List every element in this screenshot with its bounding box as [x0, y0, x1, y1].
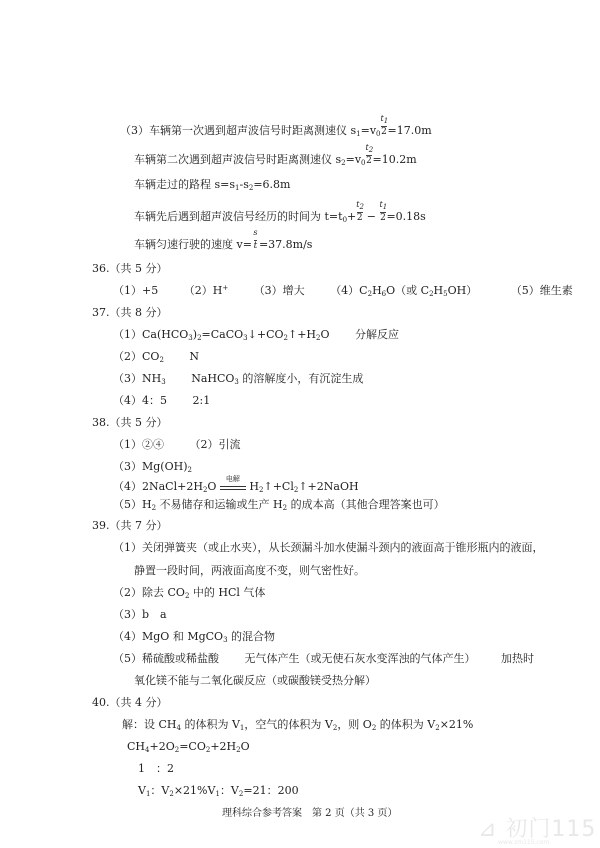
q38-answer-2: （2）引流	[190, 438, 241, 451]
text: H	[142, 498, 152, 511]
watermark-logo: ⊿ 初门115 www.zm115.com	[478, 812, 596, 846]
text: 不易储存和运输或生产 H	[156, 498, 283, 511]
equation: （1）Ca(HCO	[113, 328, 188, 341]
q36-answer-1: （1）+5	[113, 284, 158, 297]
text: 车辆走过的路程 s=s	[134, 178, 235, 191]
result: =6.8m	[253, 178, 290, 191]
text: （3）NH	[113, 372, 161, 385]
text: （4）2NaCl+2H	[113, 480, 203, 493]
q36-answer-4: （4）C2H6O（或 C2H5OH）	[330, 284, 477, 297]
text: 2:1	[193, 394, 211, 407]
q36-answer-3: （3）增大	[254, 284, 305, 297]
q39-answer-1-line1: （1）关闭弹簧夹（或止水夹），从长颈漏斗加水使漏斗颈内的液面高于锥形瓶内的液面，	[113, 541, 544, 555]
q36-answer-2: （2）H	[184, 284, 223, 297]
text: （2）除去 CO	[113, 586, 185, 599]
text: 无气体产生（或无使石灰水变浑浊的气体产生）	[245, 652, 476, 665]
q39-answer-5-line1: （5）稀硫酸或稀盐酸 无气体产生（或无使石灰水变浑浊的气体产生） 加热时	[113, 652, 534, 666]
q39-answer-3: （3）b a	[113, 608, 167, 622]
text: CH	[127, 740, 145, 753]
text: （4）MgO 和 MgCO	[113, 630, 223, 643]
q37-answer-3: （3）NH3 NaHCO3 的溶解度小，有沉淀生成	[113, 372, 363, 386]
text: （5）稀硫酸或稀盐酸	[113, 652, 219, 665]
q39-answer-5-line2: 氧化镁不能与二氧化碳反应（或碳酸镁受热分解）	[134, 674, 376, 688]
q35-line5: 车辆匀速行驶的速度 v=st=37.8m/s	[134, 238, 312, 253]
result: =0.18s	[386, 210, 425, 223]
q36-header: 36.（共 5 分）	[92, 262, 168, 276]
q39-answer-2: （2）除去 CO2 中的 HCl 气体	[113, 586, 265, 600]
q38-header: 38.（共 5 分）	[92, 416, 168, 430]
q38-answers-1-2: （1）②④ （2）引流	[113, 438, 241, 452]
q38-answer-1: （1）②④	[113, 438, 164, 451]
result: =17.0m	[388, 124, 432, 137]
text: 解：设 CH	[122, 718, 177, 731]
q37-header: 37.（共 8 分）	[92, 306, 168, 320]
q40-line2: CH4+2O2=CO2+2H2O	[127, 740, 250, 754]
q38-answer-4: （4）2NaCl+2H2O 电解 H2↑+Cl2↑+2NaOH	[113, 480, 359, 494]
text: V	[138, 784, 146, 797]
text: NaHCO	[191, 372, 234, 385]
text: （4）4：5	[113, 394, 167, 407]
q36-answer-5: （5）维生素	[511, 284, 573, 297]
fraction-t1-over-2: t12	[379, 210, 386, 225]
text: 加热时	[501, 652, 534, 665]
text: （3）Mg(OH)	[113, 460, 188, 473]
text: （3）车辆第一次遇到超声波信号时距离测速仪 s	[120, 124, 356, 137]
text: 中的 HCl 气体	[189, 586, 265, 599]
q37-answer-4: （4）4：5 2:1	[113, 394, 210, 408]
electrolysis-condition: 电解	[220, 480, 246, 490]
result: =10.2m	[373, 153, 417, 166]
q36-answers: （1）+5 （2）H+ （3）增大 （4）C2H6O（或 C2H5OH） （5）…	[113, 284, 573, 298]
q39-answer-1-line2: 静置一段时间，两液面高度不变，则气密性好。	[134, 564, 365, 578]
text: （4）C	[330, 284, 367, 297]
q40-header: 40.（共 4 分）	[92, 696, 168, 710]
q37-answer-1: （1）Ca(HCO3)2=CaCO3↓+CO2↑+H2O 分解反应	[113, 328, 399, 342]
page-footer: 理科综合参考答案 第 2 页（共 3 页）	[222, 807, 397, 821]
text: 的成本高（其他合理答案也可）	[287, 498, 445, 511]
q35-line2: 车辆第二次遇到超声波信号时距离测速仪 s2=v0t22=10.2m	[134, 153, 417, 168]
q40-line1: 解：设 CH4 的体积为 V1，空气的体积为 V2，则 O2 的体积为 V2×2…	[122, 718, 473, 732]
fraction-s-over-t: st	[252, 238, 259, 253]
text: 的混合物	[228, 630, 276, 643]
text: 车辆第二次遇到超声波信号时距离测速仪 s	[134, 153, 341, 166]
q35-line1: （3）车辆第一次遇到超声波信号时距离测速仪 s1=v0t12=17.0m	[120, 124, 432, 139]
q35-line3: 车辆走过的路程 s=s1-s2=6.8m	[134, 178, 290, 192]
fraction-t2-over-2: t22	[356, 210, 363, 225]
q40-line4: V1：V2×21%V1：V2=21：200	[138, 784, 299, 798]
fraction-t2-over-2: t22	[366, 153, 373, 168]
text: N	[189, 350, 199, 363]
q38-answer-5: （5）H2 不易储存和运输或生产 H2 的成本高（其他合理答案也可）	[113, 498, 445, 512]
text: （2）CO	[113, 350, 159, 363]
fraction-t1-over-2: t12	[381, 124, 388, 139]
reaction-type: 分解反应	[355, 328, 399, 341]
condition-label: 电解	[220, 472, 246, 486]
q37-answer-2: （2）CO2 N	[113, 350, 199, 364]
text: 的溶解度小，有沉淀生成	[239, 372, 364, 385]
q38-answer-3: （3）Mg(OH)2	[113, 460, 192, 474]
result: =37.8m/s	[259, 238, 313, 251]
text: 车辆匀速行驶的速度 v=	[134, 238, 252, 251]
text: 车辆先后遇到超声波信号经历的时间为 t=t	[134, 210, 343, 223]
q35-line4: 车辆先后遇到超声波信号经历的时间为 t=t0+t22 − t12=0.18s	[134, 210, 426, 225]
q40-line3: 1 ：2	[138, 762, 174, 776]
q39-header: 39.（共 7 分）	[92, 519, 168, 533]
q39-answer-4: （4）MgO 和 MgCO3 的混合物	[113, 630, 275, 644]
